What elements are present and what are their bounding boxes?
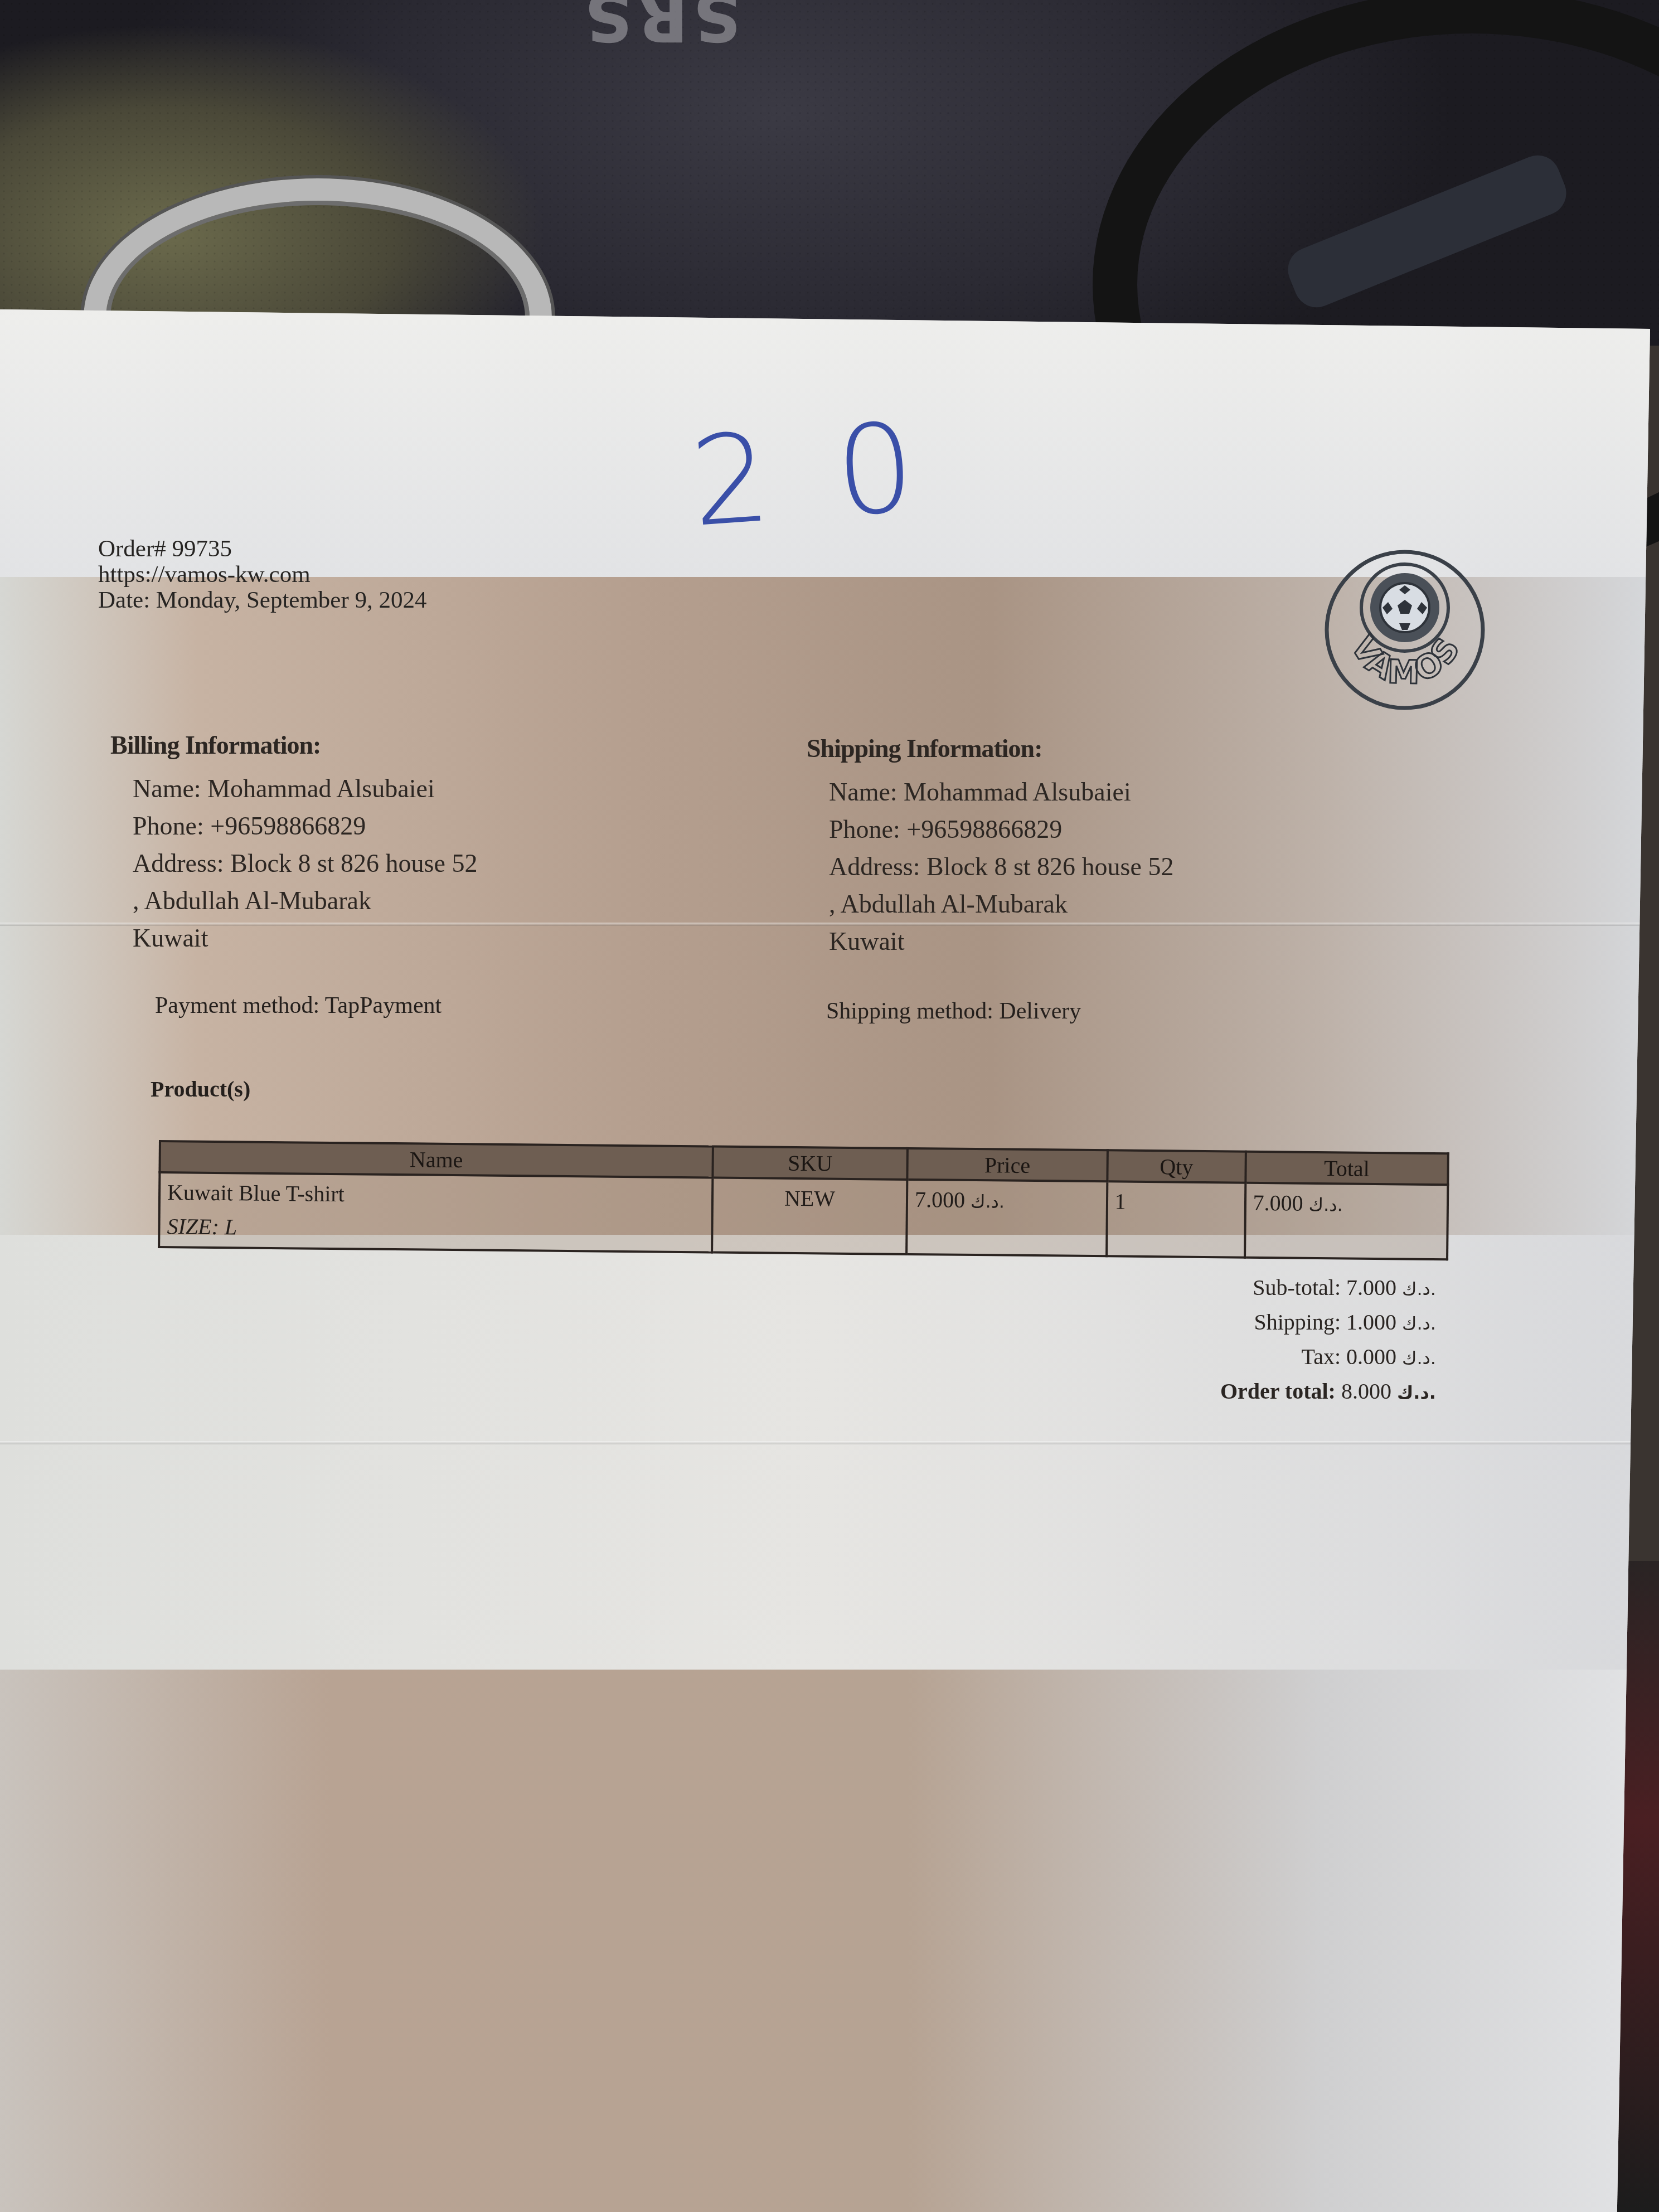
shipping-country: Kuwait — [807, 923, 1173, 960]
payment-method: Payment method: TapPayment — [155, 992, 442, 1019]
airbag-logo: SRS — [580, 0, 741, 55]
order-date: Date: Monday, September 9, 2024 — [98, 588, 427, 613]
currency-symbol: د.ك. — [1309, 1194, 1343, 1216]
product-total: 7.000 — [1253, 1190, 1303, 1216]
product-name-cell: Kuwait Blue T-shirt SIZE: L — [159, 1172, 712, 1253]
tax-line: Tax: 0.000 د.ك. — [1220, 1340, 1436, 1375]
product-name: Kuwait Blue T-shirt — [167, 1179, 705, 1210]
shipping-cost-value: 1.000 — [1346, 1309, 1396, 1335]
subtotal-line: Sub-total: 7.000 د.ك. — [1220, 1271, 1436, 1306]
shipping-title: Shipping Information: — [807, 734, 1173, 763]
website-link[interactable]: https://vamos-kw.com — [98, 562, 427, 588]
invoice-header: Order# 99735 https://vamos-kw.com Date: … — [98, 536, 427, 613]
tax-label: Tax: — [1302, 1344, 1341, 1369]
shipping-address-line2: , Abdullah Al-Mubarak — [807, 885, 1173, 923]
currency-symbol: د.ك. — [1397, 1382, 1436, 1403]
paper-band — [0, 1670, 1650, 2212]
shipping-cost-label: Shipping: — [1254, 1309, 1341, 1335]
billing-country: Kuwait — [110, 919, 477, 957]
billing-information: Billing Information: Name: Mohammad Alsu… — [110, 730, 477, 957]
order-total-value: 8.000 — [1341, 1379, 1391, 1404]
soccer-ball-icon — [1380, 583, 1429, 632]
currency-symbol: د.ك. — [1402, 1313, 1436, 1334]
product-sku: NEW — [712, 1178, 907, 1254]
billing-phone: Phone: +96598866829 — [110, 807, 477, 845]
order-total-line: Order total: 8.000 د.ك. — [1220, 1375, 1436, 1409]
billing-address-line2: , Abdullah Al-Mubarak — [110, 882, 477, 919]
subtotal-value: 7.000 — [1346, 1275, 1396, 1300]
product-qty: 1 — [1107, 1181, 1245, 1257]
billing-title: Billing Information: — [110, 730, 477, 760]
shipping-cost-line: Shipping: 1.000 د.ك. — [1220, 1306, 1436, 1340]
order-totals: Sub-total: 7.000 د.ك. Shipping: 1.000 د.… — [1220, 1271, 1436, 1409]
header-name: Name — [159, 1141, 712, 1178]
currency-symbol: د.ك. — [1402, 1278, 1436, 1299]
order-total-label: Order total: — [1220, 1379, 1336, 1404]
vamos-logo: VAMOS — [1321, 546, 1488, 714]
product-option: SIZE: L — [167, 1213, 704, 1244]
products-label: Product(s) — [151, 1076, 250, 1102]
paper-fold — [0, 1441, 1650, 1444]
currency-symbol: د.ك. — [971, 1191, 1005, 1212]
header-total: Total — [1245, 1152, 1448, 1185]
shipping-method: Shipping method: Delivery — [826, 998, 1081, 1025]
subtotal-label: Sub-total: — [1253, 1275, 1341, 1300]
handwritten-note: 20 — [687, 391, 986, 554]
billing-name: Name: Mohammad Alsubaiei — [110, 770, 477, 807]
order-number: Order# 99735 — [98, 536, 427, 562]
table-row: Kuwait Blue T-shirt SIZE: L NEW 7.000 د.… — [159, 1172, 1448, 1259]
product-price: 7.000 — [915, 1187, 965, 1212]
shipping-name: Name: Mohammad Alsubaiei — [807, 773, 1173, 811]
header-price: Price — [908, 1148, 1108, 1181]
header-sku: SKU — [712, 1147, 908, 1180]
products-table: Name SKU Price Qty Total Kuwait Blue T-s… — [158, 1140, 1449, 1260]
billing-address-line1: Address: Block 8 st 826 house 52 — [110, 845, 477, 882]
product-total-cell: 7.000 د.ك. — [1245, 1183, 1448, 1259]
product-price-cell: 7.000 د.ك. — [906, 1180, 1107, 1256]
header-qty: Qty — [1107, 1150, 1246, 1182]
tax-value: 0.000 — [1346, 1344, 1396, 1369]
shipping-phone: Phone: +96598866829 — [807, 811, 1173, 848]
products-table-container: Name SKU Price Qty Total Kuwait Blue T-s… — [158, 1140, 1449, 1260]
currency-symbol: د.ك. — [1402, 1347, 1436, 1369]
shipping-address-line1: Address: Block 8 st 826 house 52 — [807, 848, 1173, 885]
shipping-information: Shipping Information: Name: Mohammad Als… — [807, 734, 1173, 960]
